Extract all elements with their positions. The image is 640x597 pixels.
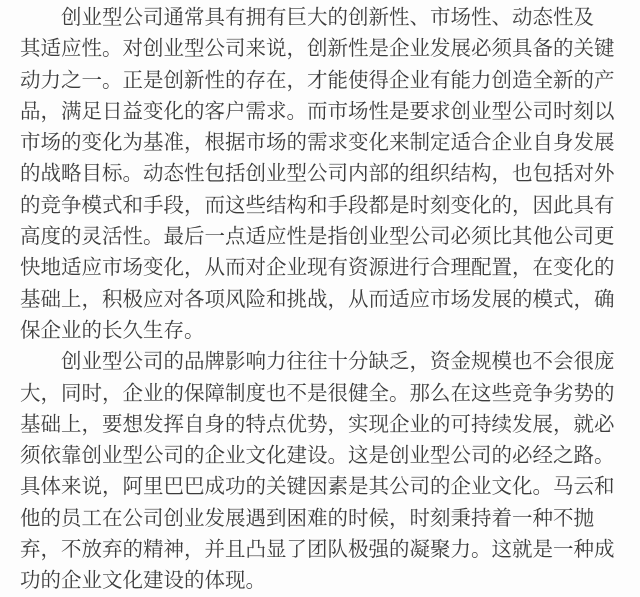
- text-line: 功的企业文化建设的体现。: [20, 566, 622, 597]
- text-line: 的竞争模式和手段，而这些结构和手段都是时刻变化的，因此具有: [20, 191, 622, 222]
- text-line: 基础上，积极应对各项风险和挑战，从而适应市场发展的模式，确: [20, 285, 622, 316]
- text-line: 创业型公司的品牌影响力往往十分缺乏，资金规模也不会很庞: [20, 347, 622, 378]
- text-line: 保企业的长久生存。: [20, 316, 622, 347]
- text-line: 须依靠创业型公司的企业文化建设。这是创业型公司的必经之路。: [20, 441, 622, 472]
- text-line: 弃，不放弃的精神，并且凸显了团队极强的凝聚力。这就是一种成: [20, 535, 622, 566]
- text-line: 基础上，要想发挥自身的特点优势，实现企业的可持续发展，就必: [20, 410, 622, 441]
- text-line: 创业型公司通常具有拥有巨大的创新性、市场性、动态性及: [20, 3, 622, 34]
- text-line: 高度的灵活性。最后一点适应性是指创业型公司必须比其他公司更: [20, 222, 622, 253]
- text-line: 动力之一。正是创新性的存在，才能使得企业有能力创造全新的产: [20, 66, 622, 97]
- text-line: 品，满足日益变化的客户需求。而市场性是要求创业型公司时刻以: [20, 97, 622, 128]
- paragraph-culture-building: 创业型公司的品牌影响力往往十分缺乏，资金规模也不会很庞 大，同时，企业的保障制度…: [20, 347, 622, 597]
- paragraph-entrepreneurial-traits: 创业型公司通常具有拥有巨大的创新性、市场性、动态性及 其适应性。对创业型公司来说…: [20, 3, 622, 347]
- text-line: 大，同时，企业的保障制度也不是很健全。那么在这些竞争劣势的: [20, 379, 622, 410]
- text-line: 的战略目标。动态性包括创业型公司内部的组织结构，也包括对外: [20, 159, 622, 190]
- document-page: 创业型公司通常具有拥有巨大的创新性、市场性、动态性及 其适应性。对创业型公司来说…: [0, 0, 640, 597]
- text-line: 他的员工在公司创业发展遇到困难的时候，时刻秉持着一种不抛: [20, 504, 622, 535]
- text-line: 市场的变化为基准，根据市场的需求变化来制定适合企业自身发展: [20, 128, 622, 159]
- text-line: 具体来说，阿里巴巴成功的关键因素是其公司的企业文化。马云和: [20, 472, 622, 503]
- text-line: 其适应性。对创业型公司来说，创新性是企业发展必须具备的关键: [20, 34, 622, 65]
- text-line: 快地适应市场变化，从而对企业现有资源进行合理配置，在变化的: [20, 253, 622, 284]
